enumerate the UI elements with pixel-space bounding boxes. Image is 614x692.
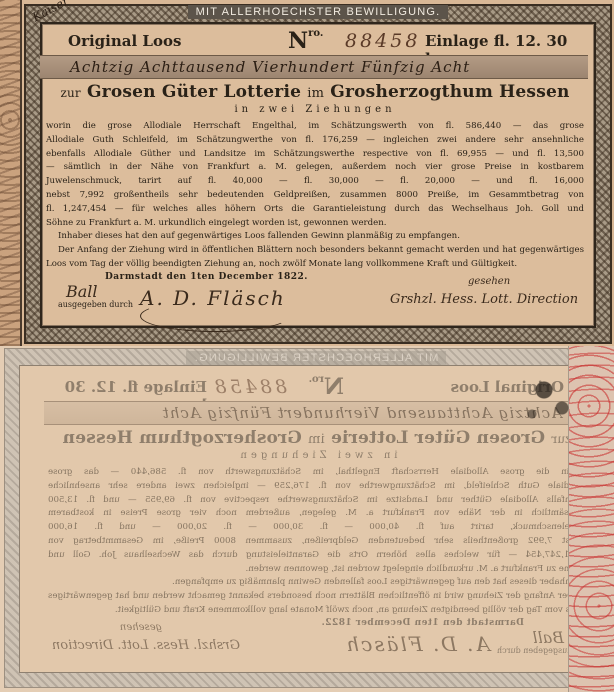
serial-number: 88458	[345, 30, 420, 52]
original-loos-label: Original Loos	[68, 32, 181, 50]
lottery-ticket-front: MIT ALLERHOECHSTER BEWILLIGUNG. Original…	[0, 0, 614, 346]
back-header: Original Loos Nro. 88458 Einlage fl. 12.…	[42, 376, 592, 400]
terms-line: Der Anfang der Ziehung wird in öffentlic…	[46, 244, 584, 258]
terms-line: nebst 7,992 großentheils sehr bedeutende…	[46, 189, 584, 203]
terms-line: Allodiale Guth Schleifeld, im Schätzungw…	[46, 134, 584, 148]
terms-line: Söhne zu Frankfurt a. M. urkundlich eing…	[46, 217, 584, 231]
lottery-ticket-back: MIT ALLERHOECHSTER BEWILLIGUNG. Original…	[0, 346, 614, 692]
signature-ball: Ball	[66, 282, 98, 301]
handwritten-amount: Achtzig Achttausend Vierhundert Fünfzig …	[70, 58, 470, 76]
ticket-header: Original Loos Nro. 88458 Einlage fl. 12.…	[40, 30, 590, 54]
lottery-subtitle: in zwei Ziehungen	[40, 104, 590, 115]
back-terms: worin die grose Allodiale Herrschaft Eng…	[48, 466, 586, 618]
signature-direction: Grshzl. Hess. Lott. Direction	[390, 292, 578, 307]
terms-line: Inhaber dieses hat den auf gegenwärtiges…	[46, 230, 584, 244]
ink-stain	[520, 366, 580, 426]
terms-line: Loos vom Tag der völlig beendigten Ziehu…	[46, 258, 584, 272]
back-title: zur Grosen Güter Lotterie im Grosherzogt…	[42, 428, 592, 448]
terms-line: worin die grose Allodiale Herrschaft Eng…	[46, 120, 584, 134]
number-label: Nro.	[288, 28, 323, 54]
terms-line: fl. 1,247,454 — für welches alles höhern…	[46, 203, 584, 217]
terms-line: Juwelenschmuck, tarirt auf fl. 40,000 — …	[46, 175, 584, 189]
handwritten-amount-band: Achtzig Achttausend Vierhundert Fünfzig …	[40, 55, 588, 79]
signature-flourish	[140, 300, 290, 332]
ticket-terms: worin die grose Allodiale Herrschaft Eng…	[46, 120, 584, 272]
terms-line: — sämtlich in der Nähe von Frankfurt a. …	[46, 161, 584, 175]
lottery-title: zur Grosen Güter Lotterie im Grosherzogt…	[40, 82, 590, 102]
issued-by-label: ausgegeben durch	[58, 300, 133, 309]
terms-line: ebenfalls Allodiale Güther und Landsitze…	[46, 148, 584, 162]
signature-gesehen: gesehen	[468, 276, 510, 287]
dateline: Darmstadt den 1ten December 1822.	[105, 272, 308, 282]
back-banner: MIT ALLERHOECHSTER BEWILLIGUNG.	[22, 350, 610, 366]
back-handwritten-band: Achtzig Achttausend Vierhundert Fünfzig …	[44, 401, 592, 425]
top-banner: MIT ALLERHOECHSTER BEWILLIGUNG.	[24, 4, 612, 20]
floral-ornament-left	[0, 0, 22, 346]
banner-text: MIT ALLERHOECHSTER BEWILLIGUNG.	[188, 5, 449, 19]
